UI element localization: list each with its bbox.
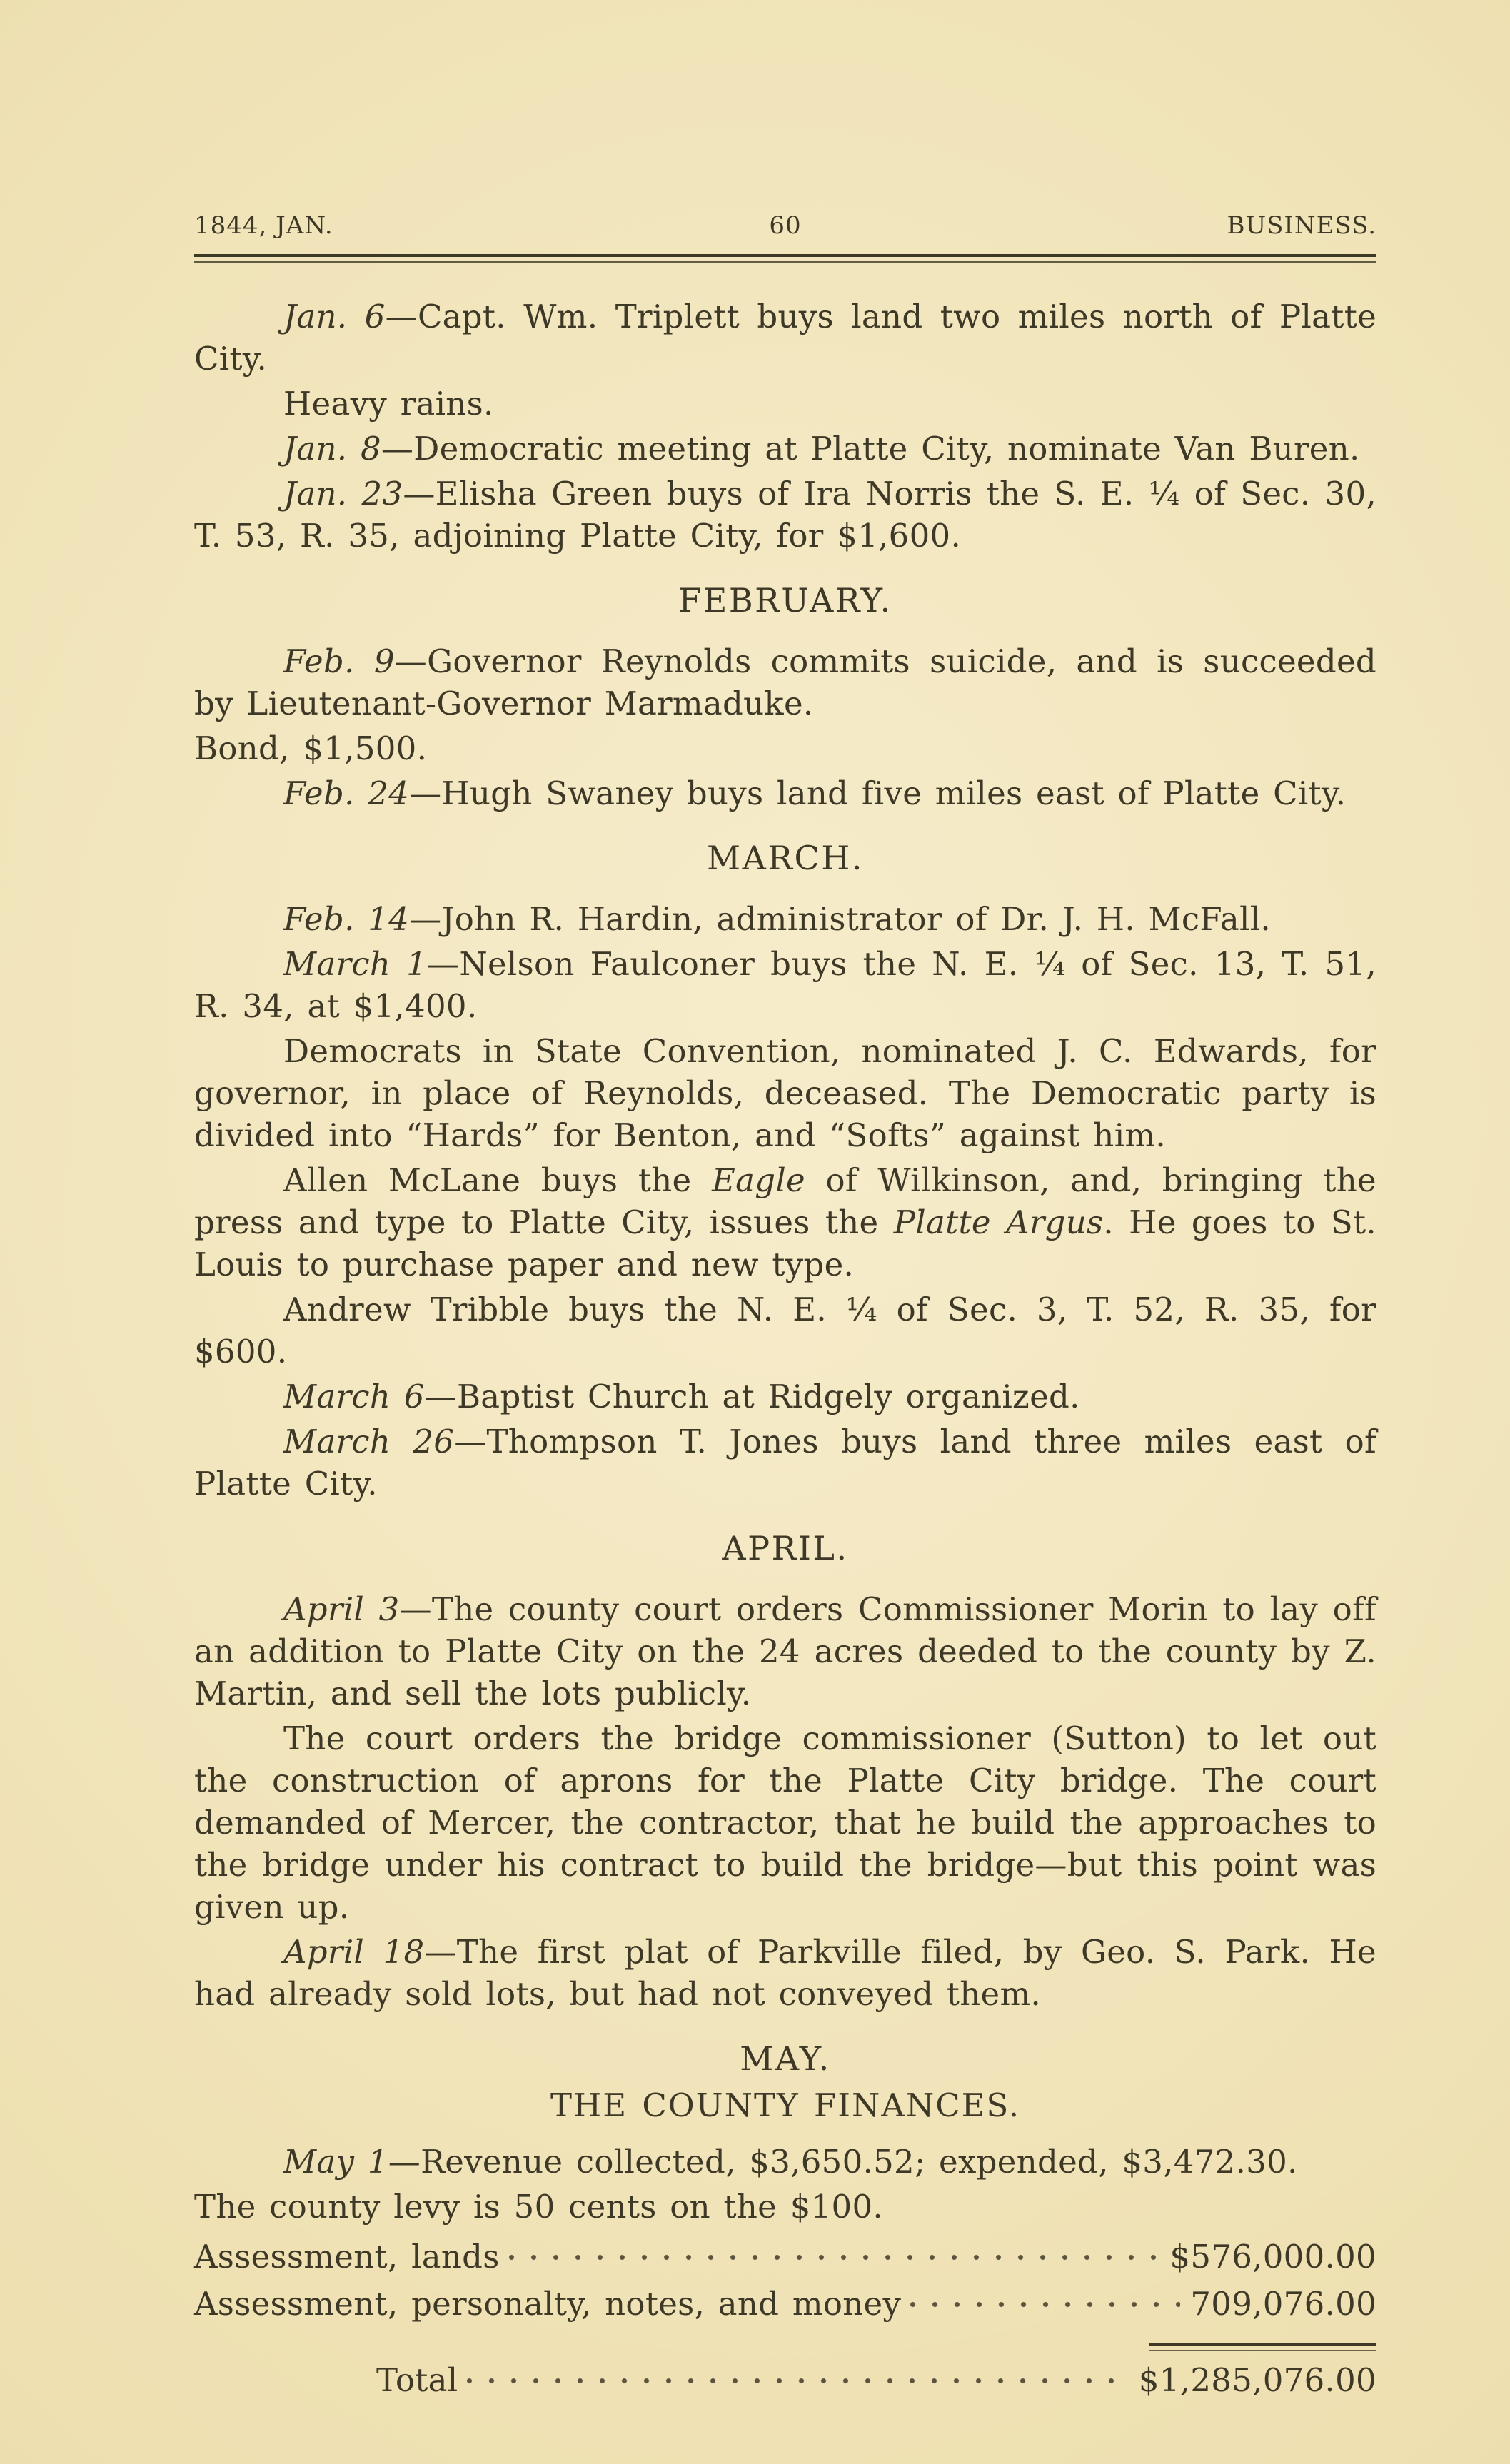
header-section-title: BUSINESS. xyxy=(802,211,1376,240)
section-heading-february: FEBRUARY. xyxy=(194,580,1376,622)
finance-row-personalty: Assessment, personalty, notes, and money… xyxy=(194,2281,1376,2328)
entry-text: Andrew Tribble buys the N. E. ¼ of Sec. … xyxy=(194,1291,1376,1370)
page-body: Jan. 6—Capt. Wm. Triplett buys land two … xyxy=(194,296,1376,2404)
finance-label: Assessment, lands xyxy=(194,2233,500,2281)
entry-text: Heavy rains. xyxy=(283,385,494,423)
entry-date: April 18 xyxy=(283,1933,424,1971)
entry-democrats-convention: Democrats in State Convention, nominated… xyxy=(194,1030,1376,1156)
entry-feb-9: Feb. 9—Governor Reynolds commits suicide… xyxy=(194,640,1376,724)
entry-text: Allen McLane buys the xyxy=(283,1161,712,1199)
entry-jan-6: Jan. 6—Capt. Wm. Triplett buys land two … xyxy=(194,296,1376,380)
entry-date: March 6 xyxy=(283,1378,425,1415)
entry-date: March 26 xyxy=(283,1423,454,1460)
entry-date: May 1 xyxy=(283,2143,388,2181)
entry-date: Jan. 8 xyxy=(283,430,381,468)
entry-date: March 1 xyxy=(283,945,427,983)
entry-text: Democrats in State Convention, nominated… xyxy=(194,1032,1376,1154)
entry-heavy-rains: Heavy rains. xyxy=(194,383,1376,425)
entry-bond: Bond, $1,500. xyxy=(194,727,1376,769)
page-content: 1844, JAN. 60 BUSINESS. Jan. 6—Capt. Wm.… xyxy=(194,211,1376,2404)
entry-date: Jan. 23 xyxy=(283,475,403,513)
page-number: 60 xyxy=(769,211,801,240)
entry-april-3: April 3—The county court orders Commissi… xyxy=(194,1588,1376,1715)
section-heading-may: MAY. xyxy=(194,2038,1376,2080)
entry-april-18: April 18—The first plat of Parkville fil… xyxy=(194,1931,1376,2015)
entry-bridge-commissioner: The court orders the bridge commissioner… xyxy=(194,1717,1376,1928)
entry-text: The county levy is 50 cents on the $100. xyxy=(194,2188,883,2226)
entry-march-1: March 1—Nelson Faulconer buys the N. E. … xyxy=(194,943,1376,1027)
finance-row-total: Total $1,285,076.00 xyxy=(194,2357,1376,2404)
book-page-scan: 1844, JAN. 60 BUSINESS. Jan. 6—Capt. Wm.… xyxy=(0,0,1510,2464)
entry-feb-24: Feb. 24—Hugh Swaney buys land five miles… xyxy=(194,772,1376,814)
entry-may-1: May 1—Revenue collected, $3,650.52; expe… xyxy=(194,2141,1376,2183)
entry-date: Feb. 24 xyxy=(283,774,409,812)
newspaper-name: Eagle xyxy=(712,1161,805,1199)
newspaper-name: Platte Argus xyxy=(894,1203,1104,1241)
entry-text: Bond, $1,500. xyxy=(194,729,427,767)
entry-date: Feb. 9 xyxy=(283,642,395,680)
section-heading-april: APRIL. xyxy=(194,1528,1376,1570)
entry-date: Feb. 14 xyxy=(283,900,409,938)
county-finances-table: Assessment, lands $576,000.00 Assessment… xyxy=(194,2233,1376,2404)
entry-march-6: March 6—Baptist Church at Ridgely organi… xyxy=(194,1375,1376,1418)
entry-text: —John R. Hardin, administrator of Dr. J.… xyxy=(409,900,1271,938)
entry-text: —Baptist Church at Ridgely organized. xyxy=(425,1378,1080,1415)
entry-date: Jan. 6 xyxy=(283,298,386,335)
section-heading-march: MARCH. xyxy=(194,837,1376,879)
entry-feb-14: Feb. 14—John R. Hardin, administrator of… xyxy=(194,898,1376,940)
entry-tribble: Andrew Tribble buys the N. E. ¼ of Sec. … xyxy=(194,1288,1376,1373)
running-header: 1844, JAN. 60 BUSINESS. xyxy=(194,211,1376,240)
entry-jan-23: Jan. 23—Elisha Green buys of Ira Norris … xyxy=(194,473,1376,557)
entry-text: —Hugh Swaney buys land five miles east o… xyxy=(409,774,1346,812)
subheading-county-finances: THE COUNTY FINANCES. xyxy=(194,2084,1376,2126)
entry-date: April 3 xyxy=(283,1590,400,1628)
finance-amount: 709,076.00 xyxy=(1190,2281,1376,2328)
finance-label: Assessment, personalty, notes, and money xyxy=(194,2281,901,2328)
entry-text: —Revenue collected, $3,650.52; expended,… xyxy=(388,2143,1298,2181)
entry-county-levy: The county levy is 50 cents on the $100. xyxy=(194,2186,1376,2228)
finance-amount: $1,285,076.00 xyxy=(1139,2357,1376,2404)
finance-amount: $576,000.00 xyxy=(1169,2233,1376,2281)
finance-label: Total xyxy=(194,2357,458,2404)
entry-mclane-eagle: Allen McLane buys the Eagle of Wilkinson… xyxy=(194,1159,1376,1286)
entry-march-26: March 26—Thompson T. Jones buys land thr… xyxy=(194,1420,1376,1505)
total-rule xyxy=(1149,2343,1376,2351)
header-date: 1844, JAN. xyxy=(194,211,769,240)
entry-jan-8: Jan. 8—Democratic meeting at Platte City… xyxy=(194,428,1376,470)
entry-text: The court orders the bridge commissioner… xyxy=(194,1720,1376,1926)
finance-row-lands: Assessment, lands $576,000.00 xyxy=(194,2233,1376,2281)
entry-text: —Democratic meeting at Platte City, nomi… xyxy=(381,430,1360,468)
header-rule xyxy=(194,254,1376,263)
